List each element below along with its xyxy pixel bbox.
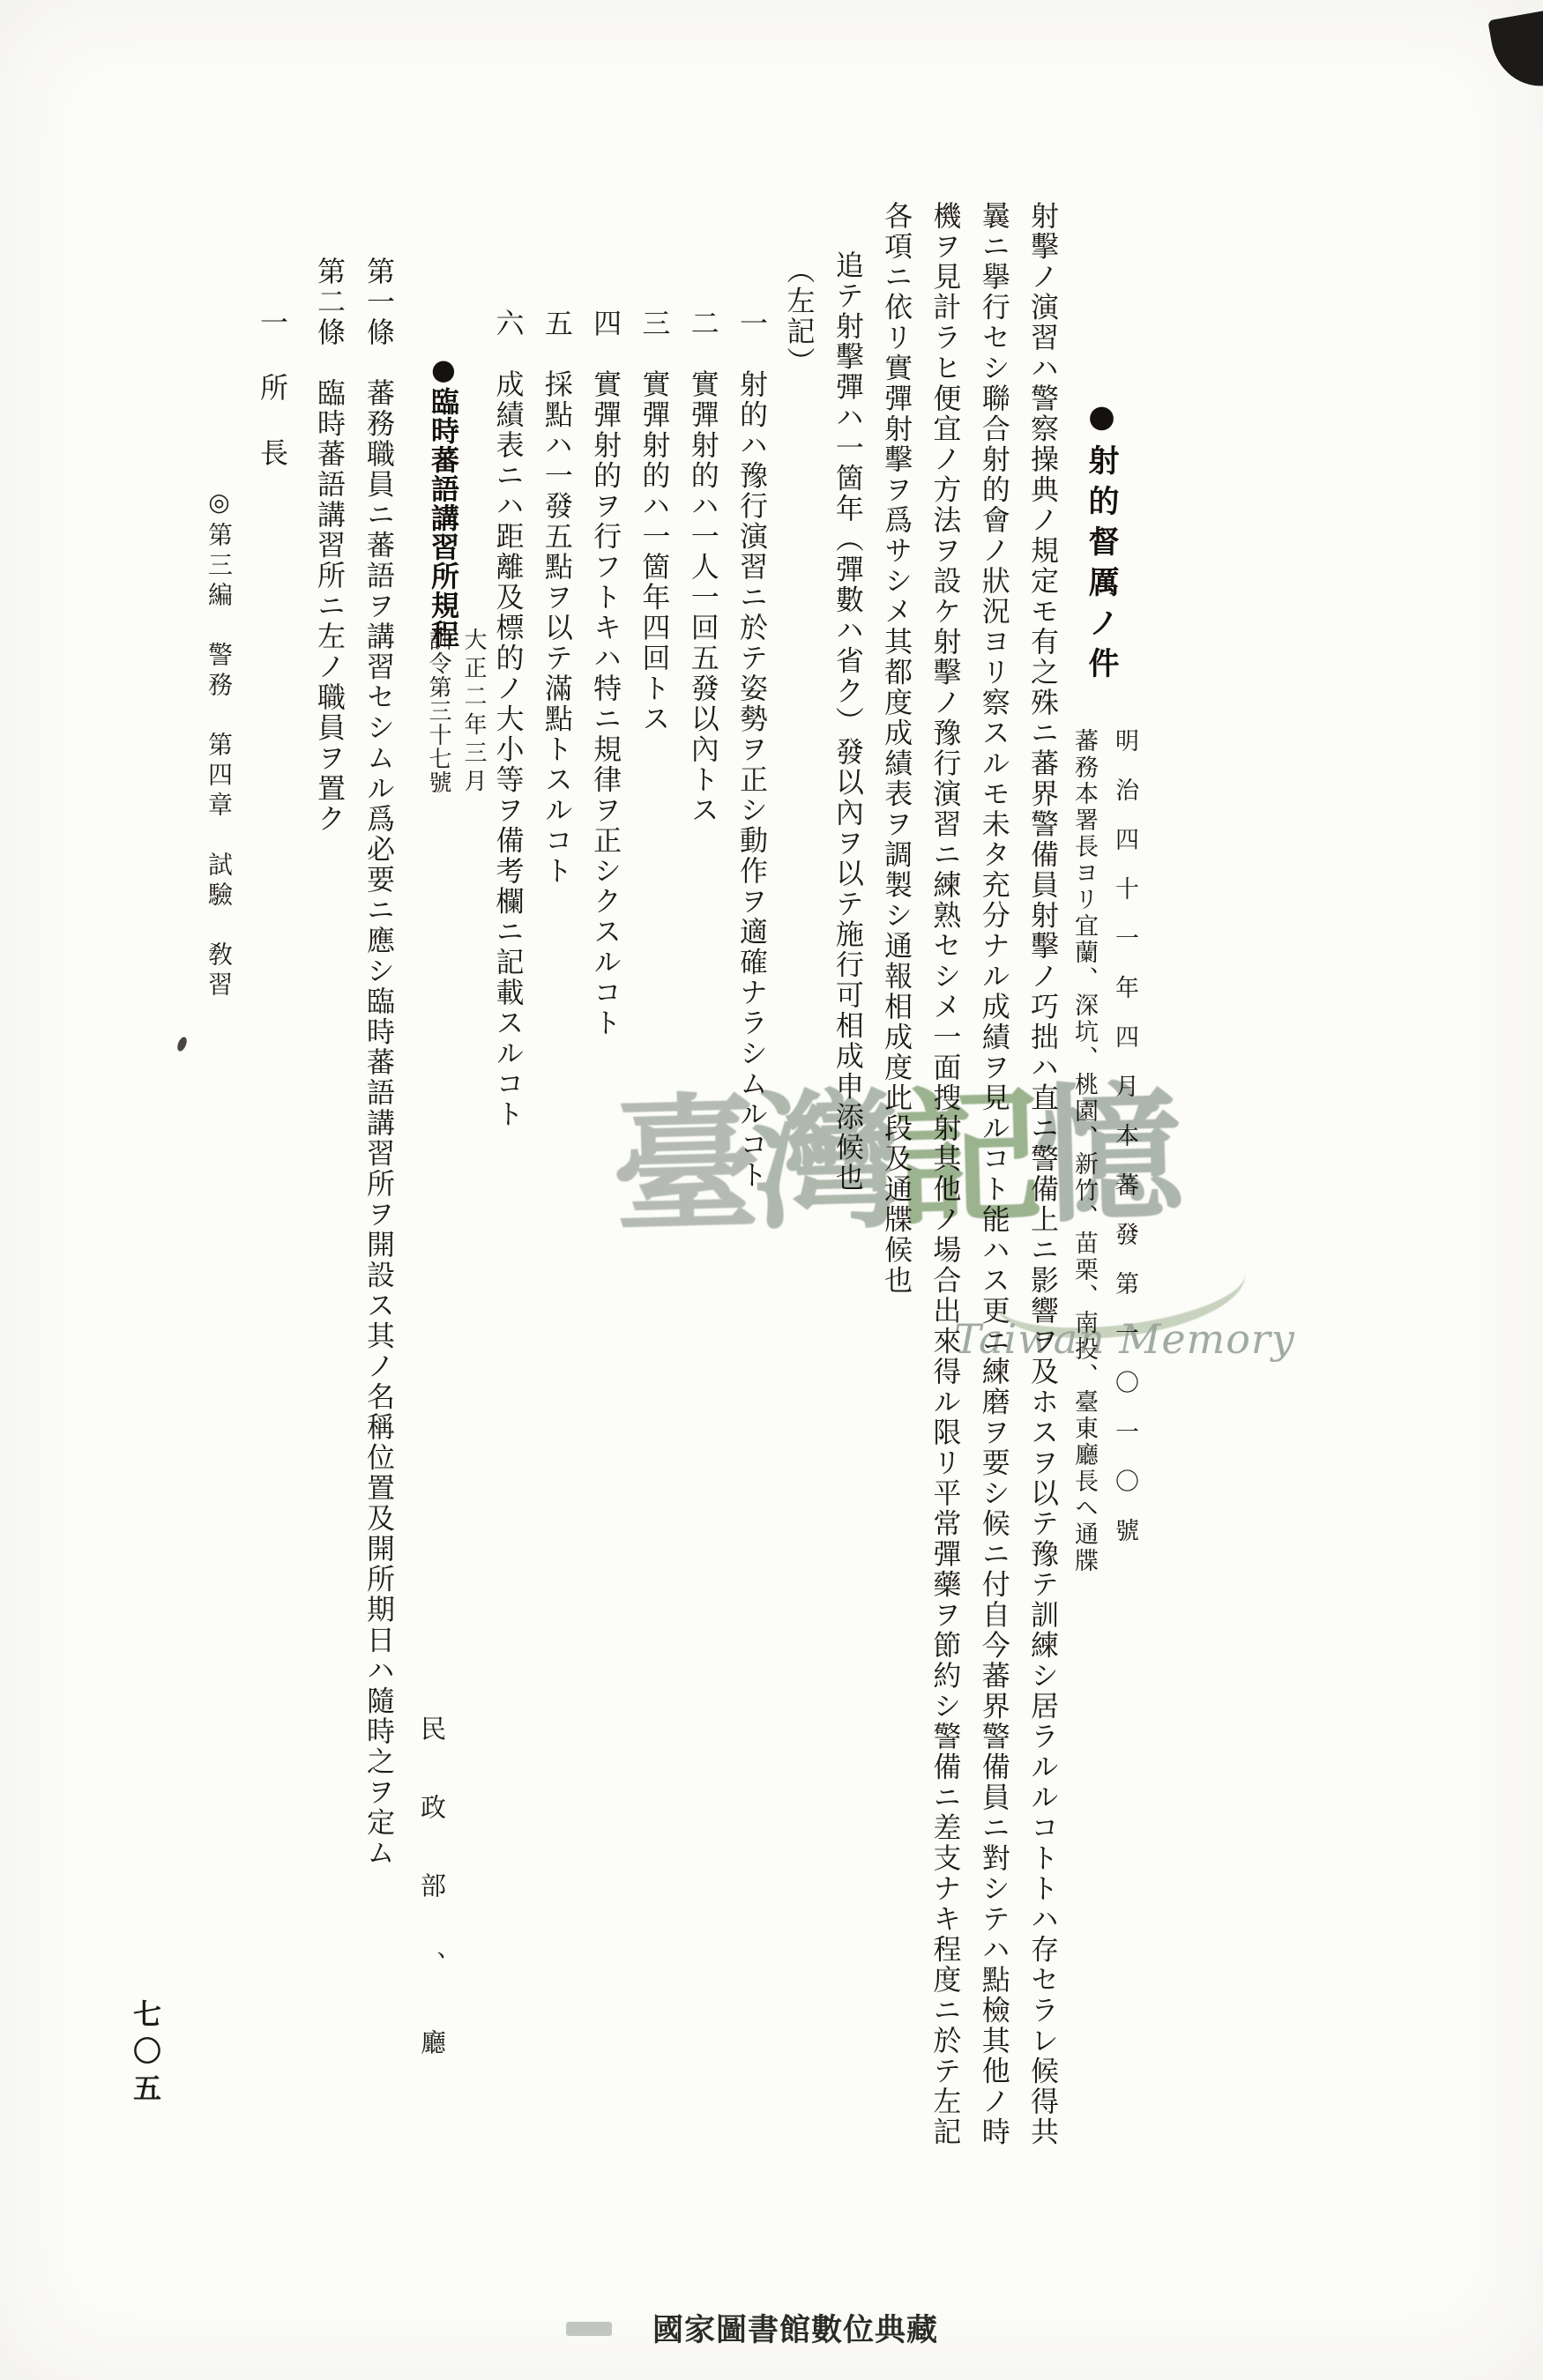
- notice1-headnote-recipients: 蕃務本署長ヨリ宜蘭、深坑、桃園、新竹、苗栗、南投、臺東廳長ヘ通牒: [1063, 728, 1104, 1662]
- notice2-title: ●臨時蕃語講習所規程: [423, 353, 464, 649]
- list-item-4: 四 實彈射的ヲ行フトキハ特ニ規律ヲ正シクスルコト: [581, 309, 630, 1349]
- scan-speck: [175, 1036, 189, 1052]
- notice2-articles: 第一條 蕃務職員ニ蕃語ヲ講習セシムル爲必要ニ應シ臨時蕃語講習所ヲ開設ス其ノ名稱位…: [302, 257, 404, 2064]
- article-2: 第二條 臨時蕃語講習所ニ左ノ職員ヲ置ク: [305, 257, 354, 2064]
- notice1-body-line-3: 機ヲ見計ラヒ便宜ノ方法ヲ設ケ射擊ノ豫行演習ニ練熟セシメ一面搜射其他ノ場合出來得ル…: [921, 201, 969, 2193]
- article-1: 第一條 蕃務職員ニ蕃語ヲ講習セシムル爲必要ニ應シ臨時蕃語講習所ヲ開設ス其ノ名稱位…: [354, 257, 404, 2064]
- notice1-headnote: 明治四十一年四月本蕃發第一〇一〇號 蕃務本署長ヨリ宜蘭、深坑、桃園、新竹、苗栗、…: [1063, 728, 1144, 1662]
- notice1-body: 射擊ノ演習ハ警察操典ノ規定モ有之殊ニ蕃界警備員射擊ノ巧拙ハ直ニ警備上ニ影響ヲ及ホ…: [774, 201, 1067, 2193]
- notice1-title: ●射的督厲ノ件: [1079, 398, 1123, 688]
- notice1-item-list: 一 射的ハ豫行演習ニ於テ姿勢ヲ正シ動作ヲ適確ナラシムルコト 二 實彈射的ハ一人一…: [483, 309, 776, 1349]
- list-item-1: 一 射的ハ豫行演習ニ於テ姿勢ヲ正シ動作ヲ適確ナラシムルコト: [727, 309, 776, 1349]
- scan-corner-smudge: [1487, 9, 1543, 93]
- notice2-headnote: 大正二年三月 訓令第三十七號: [421, 628, 491, 857]
- list-item-3: 三 實彈射的ハ一箇年四回トス: [630, 309, 678, 1349]
- notice1-body-line-1: 射擊ノ演習ハ警察操典ノ規定モ有之殊ニ蕃界警備員射擊ノ巧拙ハ直ニ警備上ニ影響ヲ及ホ…: [1018, 201, 1067, 2193]
- notice2-order-line: 訓令第三十七號: [421, 628, 456, 857]
- notice1-postscript: 追テ射擊彈ハ一箇年（彈數ハ省ク）發以內ヲ以テ施行可相成申添候也: [824, 201, 872, 2193]
- library-footer: 國家圖書館數位典藏: [652, 2306, 938, 2350]
- notice2-sub-item: 一 所 長: [252, 308, 293, 471]
- notice1-headnote-date: 明治四十一年四月本蕃發第一〇一〇號: [1104, 728, 1144, 1662]
- notice2-date-line: 大正二年三月: [456, 628, 491, 857]
- footer-logo-artifact: [566, 2322, 612, 2336]
- running-head: ◎第三編 警務 第四章 試驗 敎習: [201, 487, 236, 1001]
- list-item-5: 五 採點ハ一發五點ヲ以テ滿點トスルコト: [533, 309, 581, 1349]
- notice1-body-line-4: 各項ニ依リ實彈射擊ヲ爲サシメ其都度成績表ヲ調製シ通報相成度此段及通牒候也: [872, 201, 921, 2193]
- page-number: 七〇五: [125, 1999, 166, 2110]
- notice1-list-label: （左記）: [774, 201, 823, 2193]
- list-item-2: 二 實彈射的ハ一人一回五發以內トス: [678, 309, 727, 1349]
- notice1-body-line-2: 曩ニ擧行セシ聯合射的會ノ狀況ヨリ察スルモ未タ充分ナル成績ヲ見ルコト能ハス更ニ練磨…: [969, 201, 1017, 2193]
- notice2-issuer: 民政部、廳: [414, 1715, 451, 2108]
- scanned-document-page: ◎第三編 警務 第四章 試驗 敎習 七〇五 ●射的督厲ノ件 明治四十一年四月本蕃…: [0, 0, 1543, 2380]
